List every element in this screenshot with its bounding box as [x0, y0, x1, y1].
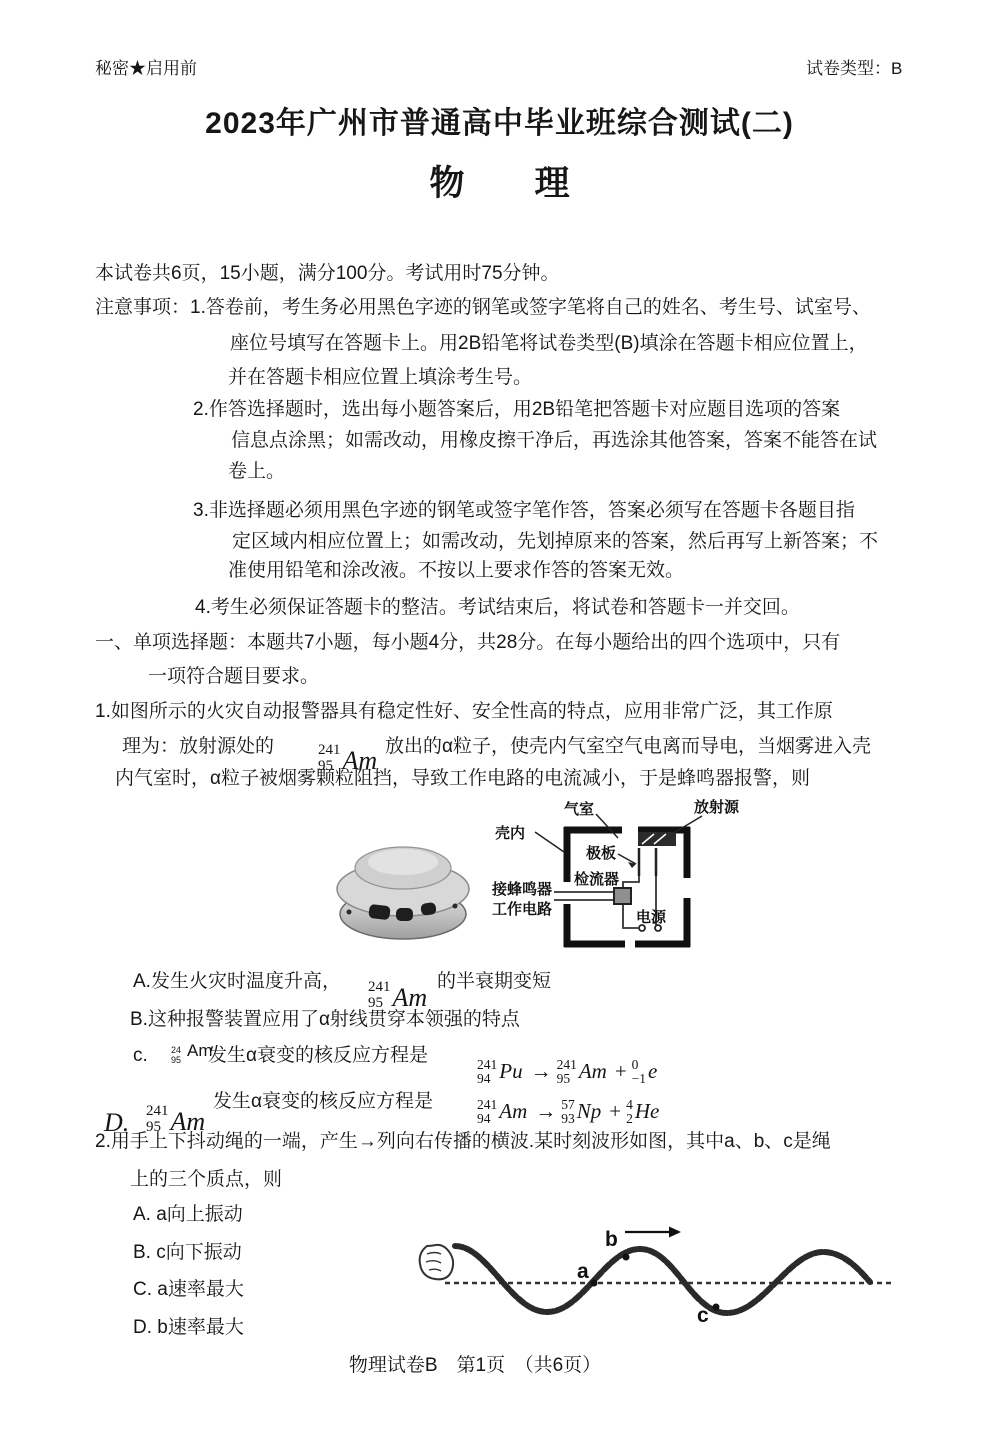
eq-number: 95	[557, 1072, 577, 1086]
label-shell: 壳内	[495, 824, 525, 842]
isotope-mass: 241	[146, 1104, 169, 1120]
label-plate: 极板	[585, 844, 616, 862]
q2-option-a: A. a向上振动	[133, 1203, 243, 1227]
smoke-detector-photo	[333, 826, 473, 944]
eq-mass: 57	[561, 1098, 575, 1112]
exam-paper-page: 秘密★启用前 试卷类型：B 2023年广州市普通高中毕业班综合测试(二) 物 理…	[0, 0, 999, 1431]
hand-icon	[420, 1245, 453, 1279]
q1-line-1: 1.如图所示的火灾自动报警器具有稳定性好、安全性高的特点，应用非常广泛，其工作原	[95, 700, 833, 724]
notice-4-line: 4.考生必须保证答题卡的整洁。考试结束后，将试卷和答题卡一并交回。	[195, 596, 800, 620]
alarm-circuit-diagram: 壳内 气室 放射源 极板 检流器 接蜂鸣器 工作电路 电源	[488, 792, 760, 958]
eq-number: 93	[561, 1112, 575, 1126]
point-a-dot	[591, 1280, 598, 1287]
q1-option-a-pre: A.发生火灾时温度升高，	[133, 970, 341, 994]
wave-direction-arrow	[625, 1227, 681, 1238]
notice-3-line-2: 定区域内相应位置上；如需改动，先划掉原来的答案，然后再写上新答案；不	[232, 530, 878, 554]
eq-mass: 241	[557, 1058, 577, 1072]
label-galvanometer: 检流器	[574, 870, 619, 888]
reaction-arrow: →	[535, 1099, 556, 1124]
vent-slot	[368, 904, 391, 920]
rope-wave-curve	[455, 1246, 870, 1313]
subject-title: 物 理	[0, 156, 999, 206]
notice-2-line-2: 信息点涂黑；如需改动，用橡皮擦干净后，再选涂其他答案，答案不能答在试	[231, 429, 877, 453]
q1-option-a-isotope: 24195 Am	[368, 980, 427, 1012]
eq-number: 2	[626, 1112, 633, 1126]
isotope-mass: 241	[318, 743, 341, 759]
isotope-mass: 241	[368, 980, 391, 996]
q1-line-2-post: 放出的α粒子，使壳内气室空气电离而导电，当烟雾进入壳	[385, 735, 871, 759]
eq-symbol: Pu	[499, 1059, 522, 1084]
eq-symbol: He	[635, 1099, 660, 1124]
section-1-heading-line-1: 一、单项选择题：本题共7小题，每小题4分，共28分。在每小题给出的四个选项中，只…	[95, 631, 840, 655]
galvanometer-box	[614, 888, 631, 904]
label-buzzer-2: 工作电路	[492, 900, 552, 918]
page-footer: 物理试卷B 第1页 （共6页）	[0, 1350, 950, 1377]
q2-line-2: 上的三个质点，则	[130, 1168, 282, 1192]
point-b-label: b	[605, 1228, 618, 1251]
plus-sign: +	[615, 1059, 627, 1084]
point-c-label: c	[697, 1304, 709, 1327]
q1-line-2-pre: 理为：放射源处的	[122, 735, 274, 759]
pointer-lines	[535, 814, 702, 864]
eq-mass: 0	[632, 1058, 646, 1072]
section-1-heading-line-2: 一项符合题目要求。	[148, 665, 319, 689]
eq-mass: 4	[626, 1098, 633, 1112]
notice-1-line-3: 并在答题卡相应位置上填涂考生号。	[228, 366, 532, 390]
q1-line-3: 内气室时，α粒子被烟雾颗粒阻挡，导致工作电路的电流减小，于是蜂鸣器报警，则	[115, 767, 810, 791]
eq-number: 94	[477, 1072, 497, 1086]
eq-mass: 241	[477, 1098, 497, 1112]
q1-option-a-post: 的半衰期变短	[437, 970, 551, 994]
point-b-dot	[623, 1254, 630, 1261]
eq-symbol: Np	[577, 1099, 602, 1124]
label-source: 放射源	[694, 798, 740, 816]
eq-number: 94	[477, 1112, 497, 1126]
label-buzzer-1: 接蜂鸣器	[491, 880, 552, 898]
exam-info-line: 本试卷共6页，15小题，满分100分。考试用时75分钟。	[95, 262, 560, 286]
q1-option-b: B.这种报警装置应用了α射线贯穿本领强的特点	[130, 1008, 520, 1032]
q2-line-1: 2.用手上下抖动绳的一端，产生→列向右传播的横波.某时刻波形如图，其中a、b、c…	[95, 1130, 831, 1154]
notice-2-line-1: 2.作答选择题时，选出每小题答案后，用2B铅笔把答题卡对应题目选项的答案	[193, 398, 840, 422]
notice-3-line-1: 3.非选择题必须用黑色字迹的钢笔或签字笔作答，答案必须写在答题卡各题目指	[193, 499, 855, 523]
plus-sign: +	[609, 1099, 621, 1124]
paper-type: 试卷类型：B	[806, 58, 902, 79]
radiation-source-block	[638, 832, 676, 846]
q1-option-c-isotope-stack: 24 95	[171, 1046, 181, 1066]
q1-equation-c: 24194Pu → 24195Am + 0−1e	[477, 1058, 660, 1086]
notice-2-line-3: 卷上。	[228, 460, 285, 484]
eq-symbol: Am	[499, 1099, 527, 1124]
q2-option-d: D. b速率最大	[133, 1316, 244, 1340]
capacitor-plates	[639, 848, 656, 876]
q1-option-d-text: 发生α衰变的核反应方程是	[213, 1090, 433, 1114]
notice-1-line-1: 注意事项：1.答卷前，考生务必用黑色字迹的钢笔或签字笔将自己的姓名、考生号、试室…	[95, 296, 871, 320]
eq-symbol: e	[648, 1059, 657, 1084]
label-chamber: 气室	[564, 800, 594, 818]
notice-1-line-2: 座位号填写在答题卡上。用2B铅笔将试卷类型(B)填涂在答题卡相应位置上，	[230, 332, 868, 356]
wave-figure: a b c	[413, 1210, 908, 1345]
eq-mass: 241	[477, 1058, 497, 1072]
q1-option-c-text: 发生α衰变的核反应方程是	[208, 1044, 428, 1068]
eq-number: −1	[632, 1072, 646, 1086]
isotope-number: 95	[171, 1056, 181, 1066]
q1-equation-d: 24194Am → 5793Np + 42He	[477, 1098, 662, 1126]
eq-symbol: Am	[579, 1059, 607, 1084]
reaction-arrow: →	[531, 1059, 552, 1084]
exam-title: 2023年广州市普通高中毕业班综合测试(二)	[0, 98, 999, 142]
q2-option-b: B. c向下振动	[133, 1241, 242, 1265]
point-c-dot	[713, 1304, 720, 1311]
q2-option-c: C. a速率最大	[133, 1278, 244, 1302]
q1-option-c-label: c.	[133, 1044, 148, 1068]
point-a-label: a	[577, 1260, 589, 1283]
vent-slot	[396, 908, 413, 921]
label-power: 电源	[636, 908, 667, 926]
security-notice: 秘密★启用前	[95, 58, 197, 79]
notice-3-line-3: 准使用铅笔和涂改液。不按以上要求作答的答案无效。	[228, 559, 684, 583]
